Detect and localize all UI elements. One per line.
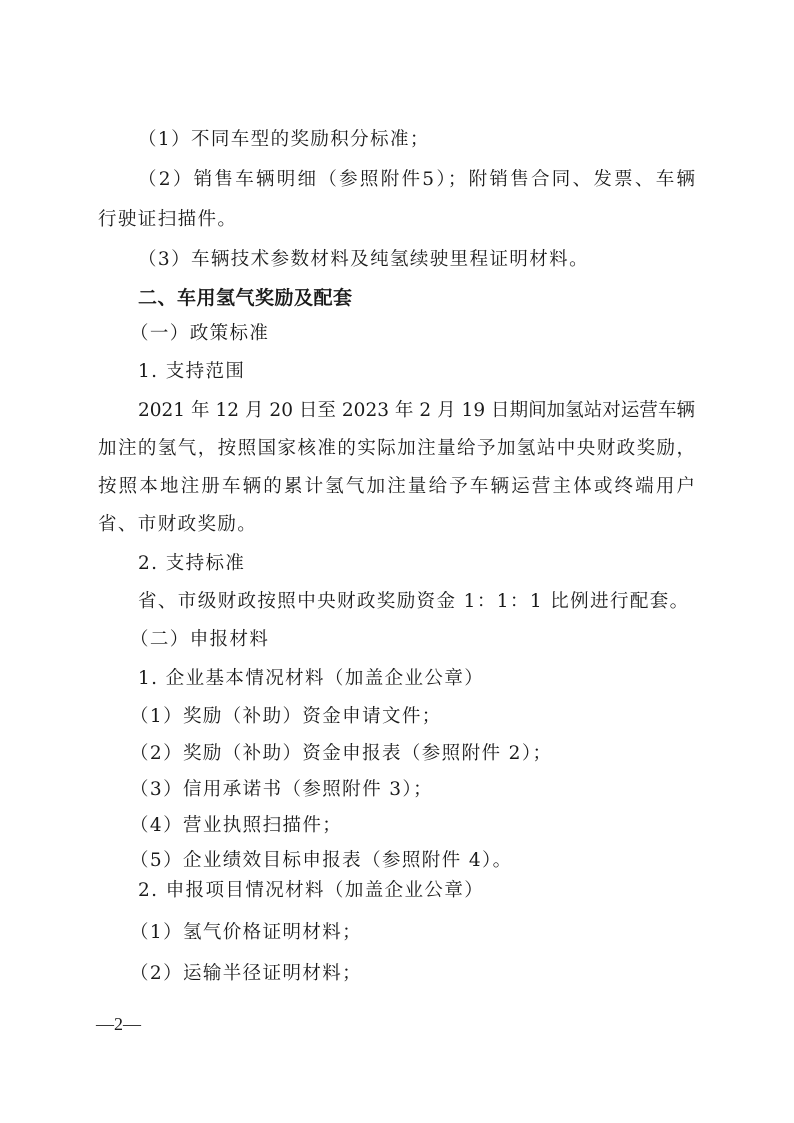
paragraph-support-scope-line-3: 按照本地注册车辆的累计氢气加注量给予车辆运营主体或终端用户 — [98, 475, 695, 499]
list-item-application-document: （1）奖励（补助）资金申请文件； — [130, 705, 442, 729]
list-item-vehicle-points-standard: （1）不同车型的奖励积分标准； — [138, 128, 430, 152]
list-item-business-license: （4）营业执照扫描件； — [130, 814, 342, 838]
list-item-transport-radius-proof: （2）运输半径证明材料； — [130, 962, 362, 986]
item-heading-project-info: 2. 申报项目情况材料（加盖企业公章） — [138, 879, 484, 903]
list-item-credit-commitment: （3）信用承诺书（参照附件 3）； — [130, 778, 433, 802]
list-item-tech-params: （3）车辆技术参数材料及纯氢续驶里程证明材料。 — [138, 248, 589, 272]
list-item-sales-details-cont: 行驶证扫描件。 — [98, 208, 237, 232]
list-item-application-form: （2）奖励（补助）资金申报表（参照附件 2）； — [130, 742, 552, 766]
paragraph-support-standard: 省、市级财政按照中央财政奖励资金 1：1：1 比例进行配套。 — [138, 590, 690, 614]
list-item-performance-target: （5）企业绩效目标申报表（参照附件 4）。 — [130, 849, 513, 873]
list-item-hydrogen-price-proof: （1）氢气价格证明材料； — [130, 921, 362, 945]
paragraph-support-scope-line-1: 2021 年 12 月 20 日至 2023 年 2 月 19 日期间加氢站对运… — [138, 399, 695, 423]
list-item-sales-details: （2）销售车辆明细（参照附件5）；附销售合同、发票、车辆 — [138, 168, 695, 192]
section-heading-hydrogen-reward: 二、车用氢气奖励及配套 — [138, 286, 353, 310]
document-page: （1）不同车型的奖励积分标准； （2）销售车辆明细（参照附件5）；附销售合同、发… — [0, 0, 794, 1123]
page-number: —2— — [96, 1012, 141, 1036]
subsection-heading-application-materials: （二）申报材料 — [130, 628, 269, 652]
item-heading-support-scope: 1. 支持范围 — [138, 360, 245, 384]
paragraph-support-scope-line-4: 省、市财政奖励。 — [98, 513, 257, 537]
item-heading-company-info: 1. 企业基本情况材料（加盖企业公章） — [138, 667, 484, 691]
item-heading-support-standard: 2. 支持标准 — [138, 552, 245, 576]
paragraph-support-scope-line-2: 加注的氢气，按照国家核准的实际加注量给予加氢站中央财政奖励， — [98, 437, 695, 461]
subsection-heading-policy-standard: （一）政策标准 — [130, 322, 269, 346]
